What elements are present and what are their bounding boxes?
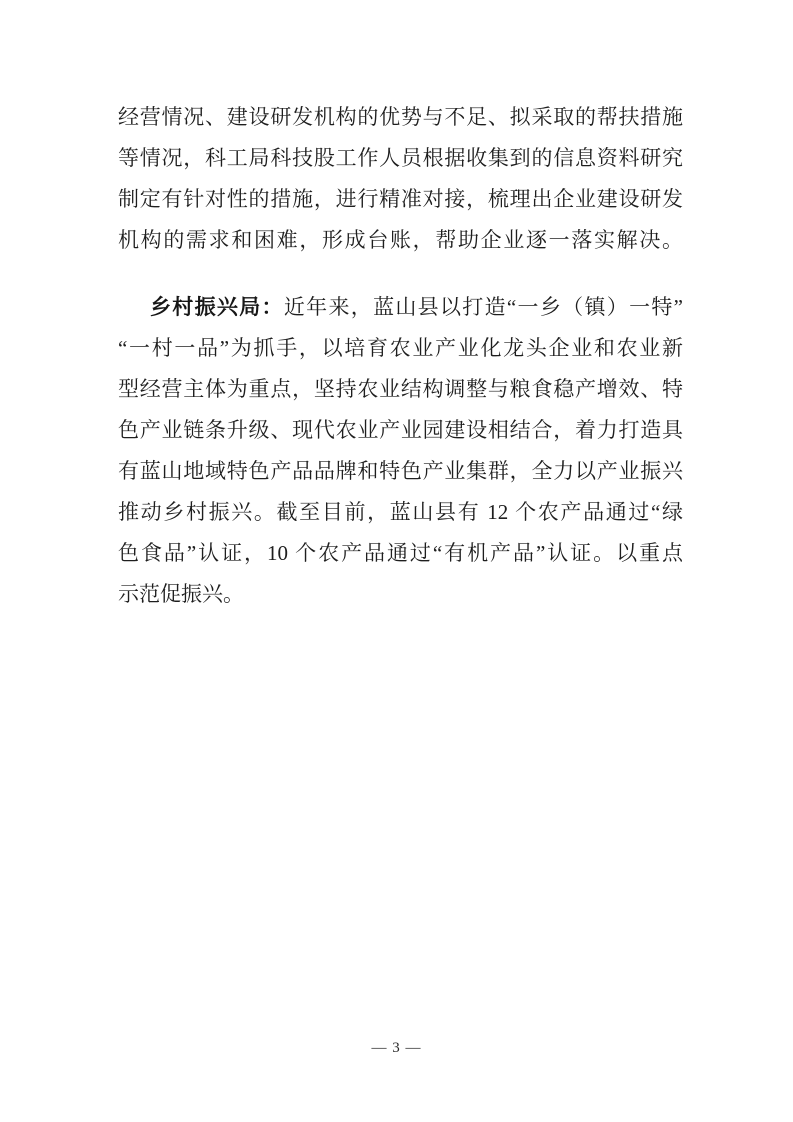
paragraph-2: 乡村振兴局：近年来，蓝山县以打造“一乡（镇）一特” “一村一品”为抓手，以培育农… <box>118 287 683 615</box>
text-line: 示范促振兴。 <box>118 574 683 615</box>
text-line: 制定有针对性的措施，进行精准对接，梳理出企业建设研发 <box>118 179 683 220</box>
paragraph-1: 经营情况、建设研发机构的优势与不足、拟采取的帮扶措施 等情况，科工局科技股工作人… <box>118 97 683 261</box>
text-line: 推动乡村振兴。截至目前，蓝山县有 12 个农产品通过“绿 <box>118 492 683 533</box>
text-line: 有蓝山地域特色产品品牌和特色产业集群，全力以产业振兴 <box>118 451 683 492</box>
text-line: 色食品”认证，10 个农产品通过“有机产品”认证。以重点 <box>118 533 683 574</box>
text-line: “一村一品”为抓手，以培育农业产业化龙头企业和农业新 <box>118 328 683 369</box>
text-line: 经营情况、建设研发机构的优势与不足、拟采取的帮扶措施 <box>118 97 683 138</box>
paragraph-first-line-text: 近年来，蓝山县以打造“一乡（镇）一特” <box>284 295 683 319</box>
text-line: 机构的需求和困难，形成台账，帮助企业逐一落实解决。 <box>118 220 683 261</box>
text-line: 色产业链条升级、现代农业产业园建设相结合，着力打造具 <box>118 410 683 451</box>
text-line: 等情况，科工局科技股工作人员根据收集到的信息资料研究 <box>118 138 683 179</box>
page-number: — 3 — <box>0 1038 793 1058</box>
document-page: 经营情况、建设研发机构的优势与不足、拟采取的帮扶措施 等情况，科工局科技股工作人… <box>0 0 793 1122</box>
text-line: 型经营主体为重点，坚持农业结构调整与粮食稳产增效、特 <box>118 369 683 410</box>
paragraph-lead-label: 乡村振兴局： <box>150 295 284 319</box>
text-line-with-lead: 乡村振兴局：近年来，蓝山县以打造“一乡（镇）一特” <box>118 287 683 328</box>
page-content: 经营情况、建设研发机构的优势与不足、拟采取的帮扶措施 等情况，科工局科技股工作人… <box>118 97 683 615</box>
